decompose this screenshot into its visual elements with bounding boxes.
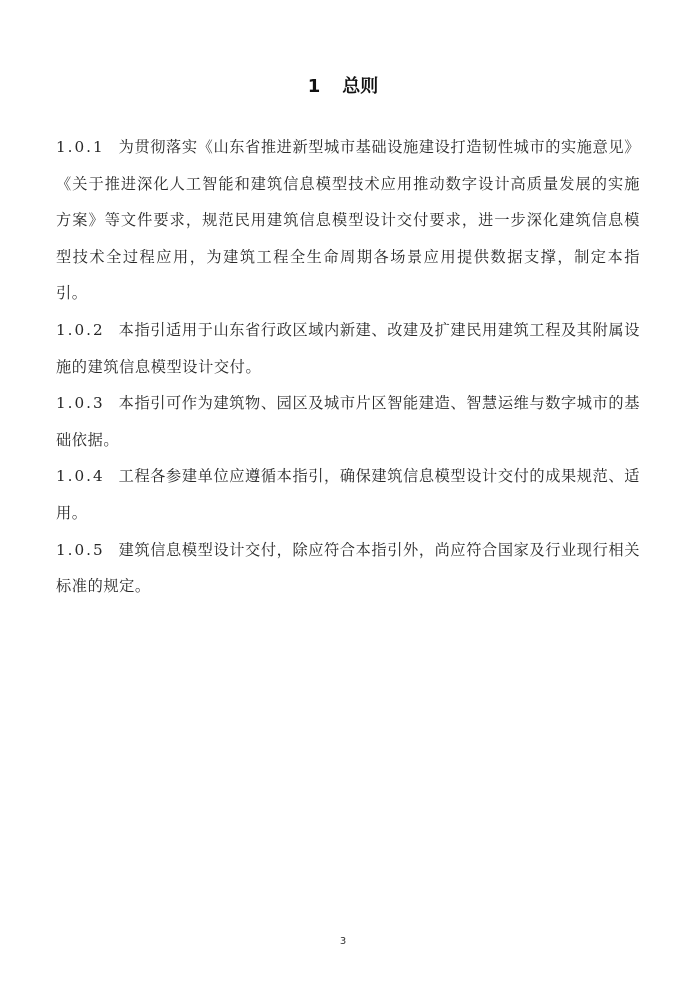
chapter-number: 1 xyxy=(308,76,321,97)
clause-1-0-5: 1.0.5建筑信息模型设计交付，除应符合本指引外，尚应符合国家及行业现行相关标准… xyxy=(56,532,640,605)
clause-text: 本指引适用于山东省行政区域内新建、改建及扩建民用建筑工程及其附属设施的建筑信息模… xyxy=(56,321,640,376)
chapter-title-text: 总则 xyxy=(342,76,378,97)
clause-number: 1.0.2 xyxy=(56,321,105,339)
chapter-heading: 1总则 xyxy=(0,72,686,102)
clause-1-0-3: 1.0.3本指引可作为建筑物、园区及城市片区智能建造、智慧运维与数字城市的基础依… xyxy=(56,385,640,458)
page-number: 3 xyxy=(0,936,686,947)
clause-1-0-2: 1.0.2本指引适用于山东省行政区域内新建、改建及扩建民用建筑工程及其附属设施的… xyxy=(56,312,640,385)
clause-number: 1.0.1 xyxy=(56,138,105,156)
clause-1-0-4: 1.0.4工程各参建单位应遵循本指引，确保建筑信息模型设计交付的成果规范、适用。 xyxy=(56,458,640,531)
chapter-body: 1.0.1为贯彻落实《山东省推进新型城市基础设施建设打造韧性城市的实施意见》《关… xyxy=(56,129,640,605)
clause-1-0-1: 1.0.1为贯彻落实《山东省推进新型城市基础设施建设打造韧性城市的实施意见》《关… xyxy=(56,129,640,312)
document-page: 1总则 1.0.1为贯彻落实《山东省推进新型城市基础设施建设打造韧性城市的实施意… xyxy=(0,0,686,988)
clause-text: 为贯彻落实《山东省推进新型城市基础设施建设打造韧性城市的实施意见》《关于推进深化… xyxy=(56,138,640,302)
clause-text: 工程各参建单位应遵循本指引，确保建筑信息模型设计交付的成果规范、适用。 xyxy=(56,467,640,522)
clause-number: 1.0.4 xyxy=(56,467,105,485)
clause-text: 建筑信息模型设计交付，除应符合本指引外，尚应符合国家及行业现行相关标准的规定。 xyxy=(56,541,640,596)
clause-number: 1.0.3 xyxy=(56,394,105,412)
clause-text: 本指引可作为建筑物、园区及城市片区智能建造、智慧运维与数字城市的基础依据。 xyxy=(56,394,640,449)
clause-number: 1.0.5 xyxy=(56,541,105,559)
